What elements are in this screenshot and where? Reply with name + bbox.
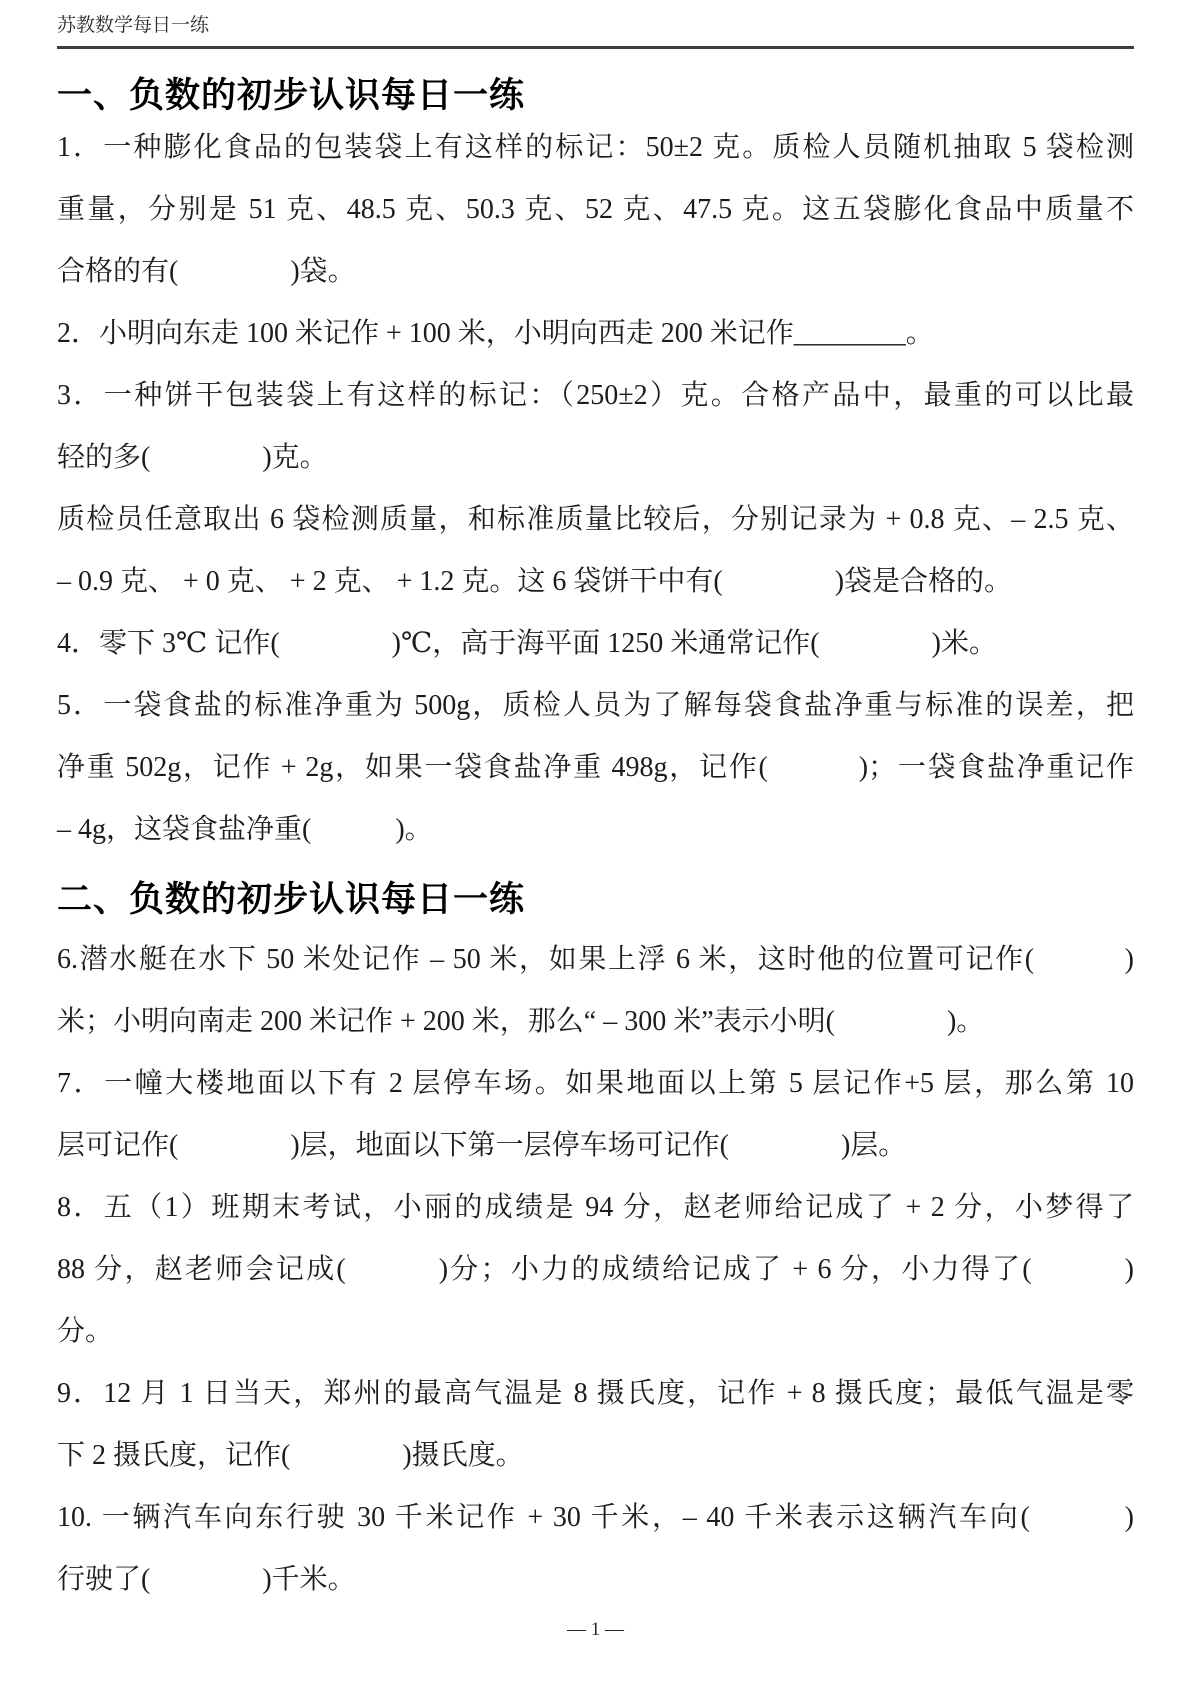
problem-8-line-2: 88 分，赵老师会记成( )分；小力的成绩给记成了 + 6 分，小力得了( ) xyxy=(57,1239,1134,1301)
problem-5-line-1: 5．一袋食盐的标准净重为 500g，质检人员为了解每袋食盐净重与标准的误差，把 xyxy=(57,675,1134,737)
section-1-heading: 一、负数的初步认识每日一练 xyxy=(57,75,1134,117)
worksheet-page: 苏教数学每日一练 一、负数的初步认识每日一练 1．一种膨化食品的包装袋上有这样的… xyxy=(0,0,1191,1684)
problem-7-line-2: 层可记作( )层，地面以下第一层停车场可记作( )层。 xyxy=(57,1115,1134,1177)
worksheet-content: 一、负数的初步认识每日一练 1．一种膨化食品的包装袋上有这样的标记：50±2 克… xyxy=(0,49,1191,1611)
problem-10-line-2: 行驶了( )千米。 xyxy=(57,1549,1134,1611)
problem-3-cont-line-1: 质检员任意取出 6 袋检测质量，和标准质量比较后，分别记录为 + 0.8 克、–… xyxy=(57,489,1134,551)
problem-3-cont-line-2: – 0.9 克、 + 0 克、 + 2 克、 + 1.2 克。这 6 袋饼干中有… xyxy=(57,551,1134,613)
problem-10-line-1: 10. 一辆汽车向东行驶 30 千米记作 + 30 千米，– 40 千米表示这辆… xyxy=(57,1487,1134,1549)
problem-6-line-1: 6.潜水艇在水下 50 米处记作 – 50 米，如果上浮 6 米，这时他的位置可… xyxy=(57,929,1134,991)
problem-5-line-2: 净重 502g，记作 + 2g，如果一袋食盐净重 498g，记作( )；一袋食盐… xyxy=(57,737,1134,799)
problem-3-line-1: 3．一种饼干包装袋上有这样的标记：（250±2）克。合格产品中，最重的可以比最 xyxy=(57,365,1134,427)
problem-3-line-2: 轻的多( )克。 xyxy=(57,427,1134,489)
page-number: — 1 — xyxy=(0,1619,1191,1641)
problem-1-line-3: 合格的有( )袋。 xyxy=(57,241,1134,303)
problem-9-line-1: 9．12 月 1 日当天，郑州的最高气温是 8 摄氏度，记作 + 8 摄氏度；最… xyxy=(57,1363,1134,1425)
problem-5-line-3: – 4g，这袋食盐净重( )。 xyxy=(57,799,1134,861)
problem-1-line-1: 1．一种膨化食品的包装袋上有这样的标记：50±2 克。质检人员随机抽取 5 袋检… xyxy=(57,117,1134,179)
problem-8-line-3: 分。 xyxy=(57,1301,1134,1363)
section-2-heading: 二、负数的初步认识每日一练 xyxy=(57,879,1134,921)
problem-9-line-2: 下 2 摄氏度，记作( )摄氏度。 xyxy=(57,1425,1134,1487)
problem-7-line-1: 7．一幢大楼地面以下有 2 层停车场。如果地面以上第 5 层记作+5 层，那么第… xyxy=(57,1053,1134,1115)
problem-4-line-1: 4．零下 3℃ 记作( )℃，高于海平面 1250 米通常记作( )米。 xyxy=(57,613,1134,675)
problem-2-line-1: 2．小明向东走 100 米记作 + 100 米，小明向西走 200 米记作___… xyxy=(57,303,1134,365)
running-header: 苏教数学每日一练 xyxy=(0,0,1191,38)
problem-1-line-2: 重量，分别是 51 克、48.5 克、50.3 克、52 克、47.5 克。这五… xyxy=(57,179,1134,241)
problem-8-line-1: 8．五（1）班期末考试，小丽的成绩是 94 分，赵老师给记成了 + 2 分，小梦… xyxy=(57,1177,1134,1239)
problem-6-line-2: 米；小明向南走 200 米记作 + 200 米，那么“ – 300 米”表示小明… xyxy=(57,991,1134,1053)
